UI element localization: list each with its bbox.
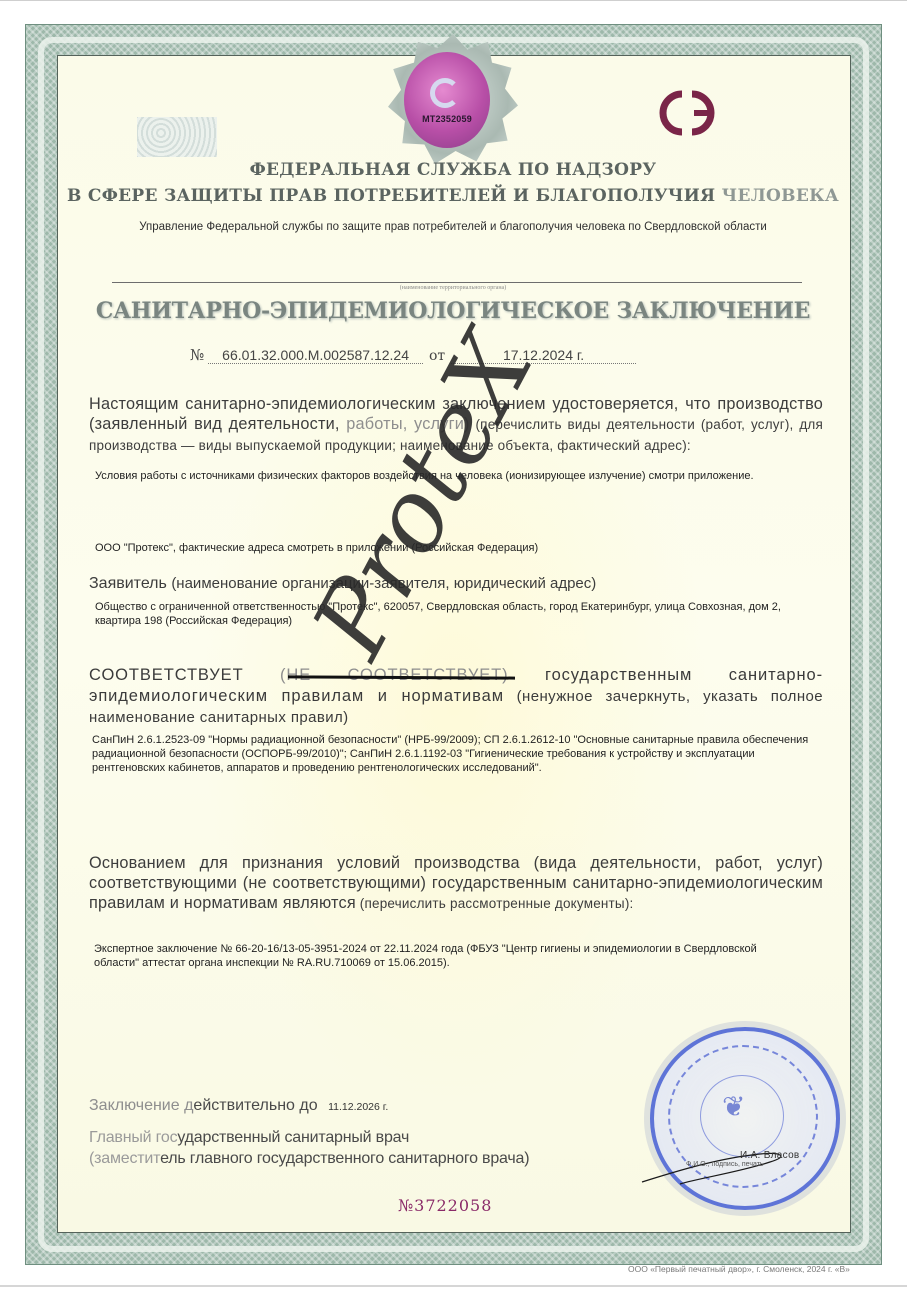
- signature-caption: Ф.И.О., подпись, печать: [686, 1161, 764, 1168]
- department-caption: (наименование территориального органа): [57, 285, 849, 291]
- sanitary-rules-value: СанПиН 2.6.1.2523-09 "Нормы радиационной…: [92, 733, 822, 775]
- basis-documents-value: Экспертное заключение № 66-20-16/13-05-3…: [94, 942, 794, 970]
- seal-eagle-icon: ❦: [722, 1090, 745, 1123]
- printer-imprint: ООО «Первый печатный двор», г. Смоленск,…: [628, 1264, 850, 1274]
- agency-title-line1: ФЕДЕРАЛЬНАЯ СЛУЖБА ПО НАДЗОРУ: [57, 160, 849, 180]
- territorial-department: Управление Федеральной службы по защите …: [57, 221, 849, 233]
- hologram-c-icon: [430, 78, 460, 108]
- hologram-patch: [137, 117, 217, 157]
- form-serial-number: №3722058: [398, 1196, 492, 1215]
- number-sign: №: [190, 346, 204, 364]
- applicant-label: Заявитель: [89, 575, 167, 592]
- conformity-status: СООТВЕТСТВУЕТ: [89, 666, 244, 684]
- hologram-serial: MT2352059: [422, 114, 472, 124]
- validity-label-faded: Заключение д: [89, 1097, 193, 1114]
- validity-label: ействительно до: [193, 1097, 317, 1114]
- se-logo-icon: [652, 88, 728, 138]
- department-rule: [112, 282, 802, 283]
- signatory-line1-faded: Главный гос: [89, 1129, 177, 1146]
- document-number: 66.01.32.000.М.002587.12.24: [208, 347, 423, 364]
- signer-name: И.А. Власов: [740, 1150, 800, 1161]
- validity-date: 11.12.2026 г.: [328, 1101, 388, 1113]
- basis-hint: (перечислить рассмотренные документы):: [356, 896, 634, 911]
- basis-paragraph: Основанием для признания условий произво…: [89, 853, 823, 914]
- agency-title-line2: В СФЕРЕ ЗАЩИТЫ ПРАВ ПОТРЕБИТЕЛЕЙ И БЛАГО…: [57, 186, 849, 206]
- top-edge: [0, 0, 907, 1]
- signatory-title: Главный государственный санитарный врач …: [89, 1127, 529, 1169]
- signatory-line1: ударственный санитарный врач: [177, 1129, 409, 1146]
- bottom-edge: [0, 1285, 907, 1287]
- conformity-paragraph: СООТВЕТСТВУЕТ (НЕ СООТВЕТСТВУЕТ) государ…: [89, 665, 823, 728]
- agency-title-faded: ЧЕЛОВЕКА: [722, 186, 839, 206]
- applicant-label-row: Заявитель (наименование организации-заяв…: [89, 575, 809, 593]
- applicant-value: Общество с ограниченной ответственностью…: [95, 600, 785, 628]
- signatory-line2: ель главного государственного санитарног…: [160, 1150, 529, 1167]
- signatory-line2-faded: (заместит: [89, 1150, 160, 1167]
- document-number-row: № 66.01.32.000.М.002587.12.24 от 17.12.2…: [190, 346, 636, 364]
- agency-title-main: В СФЕРЕ ЗАЩИТЫ ПРАВ ПОТРЕБИТЕЛЕЙ И БЛАГО…: [67, 186, 715, 206]
- validity-row: Заключение действительно до 11.12.2026 г…: [89, 1097, 388, 1115]
